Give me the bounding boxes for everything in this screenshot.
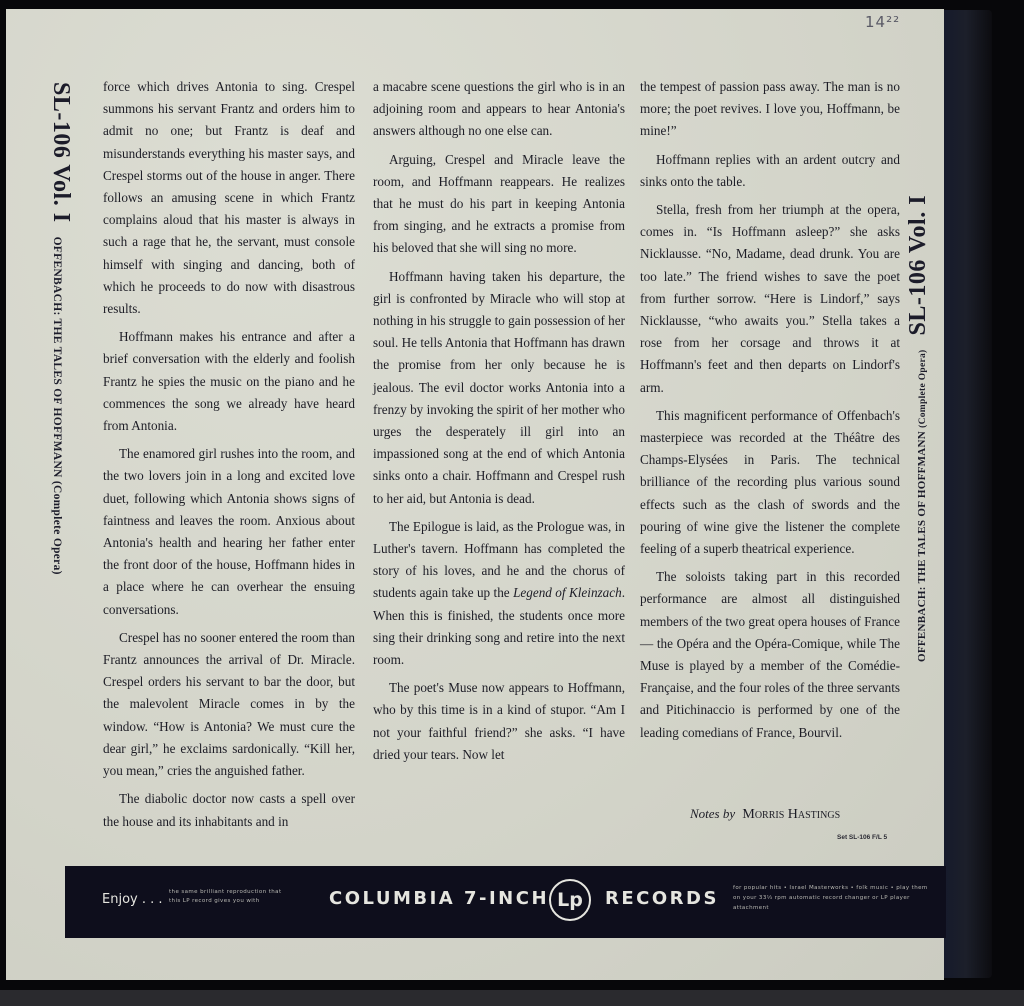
spine-title-right: OFFENBACH: THE TALES OF HOFFMANN (Comple… [916, 349, 928, 662]
liner-paragraph: Hoffmann having taken his departure, the… [373, 266, 625, 510]
spine-title-text: OFFENBACH: THE TALES OF HOFFMANN [51, 237, 63, 478]
right-spine-label: OFFENBACH: THE TALES OF HOFFMANN (Comple… [905, 72, 945, 662]
liner-paragraph: Hoffmann makes his entrance and after a … [103, 326, 355, 437]
spine-title: OFFENBACH: THE TALES OF HOFFMANN (Comple… [51, 237, 63, 575]
handwritten-price: 14²² [865, 13, 900, 31]
banner-records: RECORDS [605, 888, 719, 909]
banner-small-left-line1: the same brilliant reproduction that [169, 888, 282, 897]
notes-credit: Notes by Morris Hastings [690, 806, 840, 823]
liner-paragraph: The enamored girl rushes into the room, … [103, 443, 355, 621]
liner-paragraph: Arguing, Crespel and Miracle leave the r… [373, 149, 625, 260]
banner-small-text-right: for popular hits • Israel Masterworks • … [733, 883, 933, 913]
notes-prefix: Notes by [690, 806, 735, 821]
italic-title: Legend of Kleinzach [513, 585, 622, 600]
columbia-banner: Enjoy . . . the same brilliant reproduct… [65, 866, 946, 938]
liner-paragraph: This magnificent performance of Offenbac… [640, 405, 900, 560]
jacket-spine-edge [940, 10, 992, 978]
liner-paragraph: the tempest of passion pass away. The ma… [640, 76, 900, 143]
lp-logo-icon: Lp [549, 879, 591, 921]
banner-small-text-left: the same brilliant reproduction that thi… [169, 888, 282, 906]
liner-notes-column-2: a macabre scene questions the girl who i… [373, 76, 625, 772]
liner-paragraph: The poet's Muse now appears to Hoffmann,… [373, 677, 625, 766]
liner-paragraph: Hoffmann replies with an ardent outcry a… [640, 149, 900, 193]
catalog-number-right: SL-106 Vol. I [905, 195, 931, 336]
catalog-number: SL-106 Vol. I [48, 82, 74, 223]
left-spine-label: SL-106 Vol. I OFFENBACH: THE TALES OF HO… [50, 82, 74, 682]
set-code: Set SL-106 F/L 5 [837, 834, 887, 841]
background-surface [0, 990, 1024, 1006]
banner-enjoy: Enjoy . . . [102, 892, 163, 907]
spine-subtitle: (Complete Opera) [51, 481, 63, 575]
liner-paragraph: Stella, fresh from her triumph at the op… [640, 199, 900, 399]
liner-paragraph: Crespel has no sooner entered the room t… [103, 627, 355, 782]
liner-paragraph: The Epilogue is laid, as the Prologue wa… [373, 516, 625, 671]
banner-brand: COLUMBIA 7-INCH [329, 888, 549, 909]
liner-paragraph: force which drives Antonia to sing. Cres… [103, 76, 355, 320]
spine-subtitle-right: (Complete Opera) [918, 349, 928, 427]
liner-paragraph: a macabre scene questions the girl who i… [373, 76, 625, 143]
notes-author: Morris Hastings [742, 807, 840, 822]
banner-small-left-line2: this LP record gives you with [169, 897, 282, 906]
spine-title-text-right: OFFENBACH: THE TALES OF HOFFMANN [916, 431, 928, 662]
liner-notes-column-3: the tempest of passion pass away. The ma… [640, 76, 900, 750]
liner-paragraph: The diabolic doctor now casts a spell ov… [103, 788, 355, 832]
liner-notes-column-1: force which drives Antonia to sing. Cres… [103, 76, 355, 839]
liner-paragraph: The soloists taking part in this recorde… [640, 566, 900, 744]
